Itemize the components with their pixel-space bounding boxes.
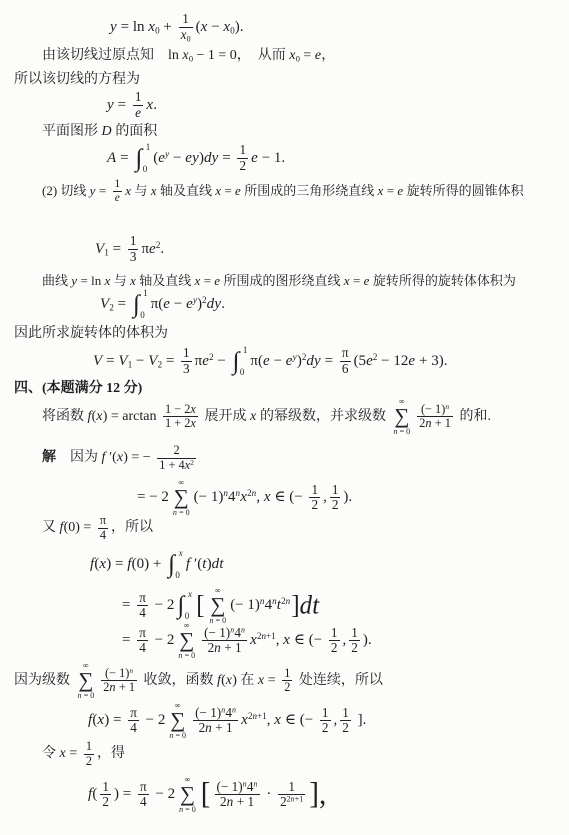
cjk-text: 将函数 f(x) = arctan [42, 409, 160, 425]
numerator: 1 [100, 780, 111, 795]
fraction: π4 [98, 514, 108, 543]
sigma-glyph: ∑ [170, 711, 185, 731]
integral-glyph: ∫ [133, 291, 140, 318]
numerator: (− 1)n [103, 667, 135, 681]
summation-symbol: ∞∑n = 0 [393, 398, 410, 436]
math-text: V = V1 − V2 = [93, 353, 178, 370]
integral-lower-limit: 0 [143, 164, 148, 174]
numerator: 1 [282, 667, 292, 681]
numerator: 1 [128, 234, 139, 249]
denominator: 4 [128, 721, 139, 736]
fraction: (− 1)n2n + 1 [101, 667, 137, 696]
numerator: 1 [181, 346, 192, 361]
fraction: 12 [84, 740, 94, 769]
math-text: = − 2 [137, 489, 169, 506]
formula-tangent-line: y = 1e x. [107, 90, 157, 121]
fraction: 12 [320, 706, 331, 737]
numerator: (− 1)n4n [215, 780, 260, 795]
sigma-glyph: ∑ [394, 407, 409, 427]
sum-lower-limit: n = 0 [179, 806, 196, 814]
denominator: 2 [237, 159, 248, 174]
fraction: (− 1)n2n + 1 [417, 403, 453, 432]
numerator: 1 − 2x [163, 403, 198, 417]
math-text: π(e − ey)2dy = [250, 353, 337, 370]
numerator: 1 [113, 178, 123, 191]
summation-symbol: ∞∑n = 0 [179, 776, 196, 814]
sigma-glyph: ∑ [174, 488, 189, 508]
cjk-text: 所以该切线的方程为 [14, 72, 140, 88]
right-bracket: ]dt [290, 591, 320, 621]
cjk-text: ，所以 [111, 520, 153, 536]
math-text: πe2. [141, 241, 164, 258]
numerator: (− 1)n [419, 403, 451, 417]
math-text: f( [88, 786, 97, 803]
integral-symbol: ∫10 [232, 349, 249, 374]
text-area-intro: 平面图形 D 的面积 [42, 124, 157, 140]
math-text: f(x) = f(0) + [90, 556, 165, 573]
denominator: 2 [340, 721, 351, 736]
math-text: − 2 [142, 712, 165, 729]
scanned-math-page: y = ln x0 + 1x0 (x − x0). 由该切线过原点知 ln x0… [0, 0, 569, 835]
math-text: A = [107, 150, 132, 167]
integral-upper-limit: 1 [143, 288, 148, 298]
math-text: ). [343, 489, 352, 506]
math-text: , [343, 632, 347, 649]
denominator: 2n + 1 [101, 681, 137, 695]
formula-total-volume: V = V1 − V2 = 13 πe2 − ∫10 π(e − ey)2dy … [93, 346, 447, 377]
summation-symbol: ∞∑n = 0 [173, 479, 190, 517]
math-text: ]. [354, 712, 367, 729]
fraction: π4 [137, 626, 148, 657]
math-text: V1 = [95, 241, 125, 258]
formula-ftc: f(x) = f(0) + ∫x0 f ′(t)dt [90, 552, 224, 577]
text-solution-derivative: 解 因为 f ′(x) = − 21 + 4x2 [42, 444, 199, 473]
math-text: y = ln x0 + [110, 19, 176, 36]
numerator: 1 [329, 626, 340, 641]
integral-symbol: ∫x0 [167, 552, 184, 577]
math-text: − 2 [151, 597, 174, 614]
cjk-text: 处连续，所以 [295, 673, 383, 689]
sum-lower-limit: n = 0 [393, 428, 410, 436]
sum-lower-limit: n = 0 [78, 692, 95, 700]
fraction: π4 [137, 591, 148, 622]
math-text: , [334, 712, 338, 729]
fraction: 12 [349, 626, 360, 657]
denominator: 3 [128, 250, 139, 265]
integral-glyph: ∫ [168, 551, 175, 578]
math-text: 因为 f ′(x) = − [56, 450, 154, 466]
cjk-text: 因为级数 [14, 673, 74, 689]
sigma-glyph: ∑ [210, 596, 225, 616]
fraction: 1e [113, 178, 123, 205]
denominator: 2 [330, 498, 341, 513]
text-part2-cone-description: (2) 切线 y = 1e x 与 x 轴及直线 x = e 所围成的三角形绕直… [42, 178, 524, 205]
integral-symbol: ∫10 [132, 292, 149, 317]
text-substitute-half: 令 x = 12 ，得 [42, 740, 125, 769]
fraction: 13 [181, 346, 192, 377]
text-total-volume-intro: 因此所求旋转体的体积为 [14, 326, 168, 342]
text-origin-condition: 由该切线过原点知 ln x0 − 1 = 0， 从而 x0 = e， [42, 48, 335, 64]
fraction: π4 [138, 780, 149, 811]
denominator: 2 [320, 721, 331, 736]
numerator: 1 [286, 780, 297, 795]
numerator: π [137, 591, 148, 606]
integral-symbol: ∫10 [134, 146, 151, 171]
math-text: ). [363, 632, 372, 649]
fraction: π4 [128, 706, 139, 737]
integral-upper-limit: 1 [146, 142, 151, 152]
math-text: (ey − ey)dy = [153, 150, 234, 167]
integral-glyph: ∫ [135, 145, 142, 172]
fraction: 1e [133, 90, 144, 121]
numerator: 1 [309, 483, 320, 498]
text-initial-value: 又 f(0) = π4 ，所以 [42, 514, 153, 543]
denominator: 4 [98, 529, 108, 543]
solution-label: 解 [42, 450, 56, 466]
cjk-text: ，得 [97, 746, 125, 762]
numerator: π [138, 780, 149, 795]
denominator: 2 [329, 641, 340, 656]
integral-upper-limit: 1 [243, 345, 248, 355]
cjk-text: 曲线 y = ln x 与 x 轴及直线 x = e 所围成的图形绕直线 x =… [42, 274, 516, 289]
formula-power-series: = π4 − 2 ∞∑n = 0 (− 1)n4n2n + 1 x2n+1, x… [122, 622, 372, 660]
formula-value-at-half: f( 12 ) = π4 − 2 ∞∑n = 0 [ (− 1)n4n2n + … [88, 776, 327, 814]
denominator: 2n + 1 [218, 795, 256, 810]
left-bracket: [ [200, 777, 212, 812]
denominator: 2 [349, 641, 360, 656]
summation-symbol: ∞∑n = 0 [178, 622, 195, 660]
math-text: (− 1)n4nt2n [230, 597, 290, 614]
summation-symbol: ∞∑n = 0 [209, 587, 226, 625]
math-text: (2) 切线 y = [42, 184, 110, 199]
math-text: π(e − ey)2dy. [151, 296, 225, 313]
numerator: 1 [330, 483, 341, 498]
math-text: (5e2 − 12e + 3). [354, 353, 448, 370]
math-text: f(x) = [88, 712, 125, 729]
formula-cone-volume-v1: V1 = 13 πe2. [95, 234, 164, 265]
denominator: 6 [340, 362, 351, 377]
math-text: V2 = [100, 296, 130, 313]
text-solid-description: 曲线 y = ln x 与 x 轴及直线 x = e 所围成的图形绕直线 x =… [42, 274, 516, 289]
fraction: 12 [309, 483, 320, 514]
fraction: (− 1)n4n2n + 1 [193, 706, 238, 737]
fraction: 12 [100, 780, 111, 811]
integral-glyph: ∫ [177, 592, 184, 619]
numerator: π [98, 514, 108, 528]
math-text: ) = [114, 786, 135, 803]
summation-symbol: ∞∑n = 0 [78, 662, 95, 700]
integral-upper-limit: x [179, 548, 183, 558]
math-text: 令 x = [42, 746, 81, 762]
math-text: − 2 [152, 786, 175, 803]
fraction: 122n+1 [278, 780, 305, 811]
heading-problem-4: 四、(本题满分 12 分) [14, 381, 142, 397]
sigma-glyph: ∑ [78, 671, 93, 691]
denominator: x0 [179, 28, 193, 43]
fraction: 12 [340, 706, 351, 737]
cjk-text: 的和. [456, 409, 491, 425]
numerator: π [137, 626, 148, 641]
cjk-text: 由该切线过原点知 ln x0 − 1 = 0， 从而 x0 = e， [42, 48, 335, 64]
numerator: (− 1)n4n [202, 626, 247, 641]
denominator: 2 [84, 755, 94, 769]
math-text: · [263, 786, 276, 803]
math-text: f ′(t)dt [186, 556, 224, 573]
sum-lower-limit: n = 0 [178, 652, 195, 660]
fraction: 12 [329, 626, 340, 657]
right-bracket: ], [308, 777, 327, 812]
denominator: 2 [309, 498, 320, 513]
fraction: 12 [237, 143, 248, 174]
fraction: 1 − 2x1 + 2x [163, 403, 198, 432]
math-text: − 2 [151, 632, 174, 649]
denominator: e [133, 106, 143, 121]
math-text: y = [107, 97, 130, 114]
denominator: 4 [138, 795, 149, 810]
denominator: 1 + 2x [163, 417, 198, 431]
cjk-text: 平面图形 D 的面积 [42, 124, 157, 140]
numerator: 1 [84, 740, 94, 754]
formula-power-series-closed-interval: f(x) = π4 − 2 ∞∑n = 0 (− 1)n4n2n + 1 x2n… [88, 702, 366, 740]
fraction: 21 + 4x2 [157, 444, 196, 473]
numerator: 1 [349, 626, 360, 641]
numerator: π [128, 706, 139, 721]
math-text: x. [146, 97, 157, 114]
math-text: , [323, 489, 327, 506]
fraction: 13 [128, 234, 139, 265]
integral-lower-limit: 0 [175, 570, 180, 580]
sigma-glyph: ∑ [179, 631, 194, 651]
left-bracket: [ [195, 591, 205, 621]
numerator: 1 [180, 12, 191, 27]
numerator: π [340, 346, 351, 361]
numerator: (− 1)n4n [193, 706, 238, 721]
fraction: 12 [330, 483, 341, 514]
cjk-text: 因此所求旋转体的体积为 [14, 326, 168, 342]
cjk-text: 展开成 x 的幂级数，并求级数 [201, 409, 389, 425]
fraction: (− 1)n4n2n + 1 [202, 626, 247, 657]
fraction: (− 1)n4n2n + 1 [215, 780, 260, 811]
formula-integral-of-series: = π4 − 2 ∫x0 [ ∞∑n = 0 (− 1)n4nt2n ]dt [122, 587, 316, 625]
denominator: e [113, 192, 122, 205]
math-text: = [122, 597, 134, 614]
denominator: 2n + 1 [197, 721, 235, 736]
text-convergence-argument: 因为级数 ∞∑n = 0 (− 1)n2n + 1 收敛，函数 f(x) 在 x… [14, 662, 383, 700]
integral-glyph: ∫ [233, 348, 240, 375]
integral-lower-limit: 0 [240, 367, 245, 377]
math-text: x2n+1, x ∈ (− [250, 632, 326, 649]
denominator: 4 [137, 641, 148, 656]
cjk-text: x 与 x 轴及直线 x = e 所围成的三角形绕直线 x = e 旋转所得的圆… [125, 184, 523, 199]
math-text: (x − x0). [196, 19, 244, 36]
cjk-text: 收敛，函数 f(x) 在 x = [140, 673, 279, 689]
formula-tangent-line-general: y = ln x0 + 1x0 (x − x0). [110, 12, 244, 43]
sum-lower-limit: n = 0 [173, 509, 190, 517]
summation-symbol: ∞∑n = 0 [169, 702, 186, 740]
cjk-text: 四、(本题满分 12 分) [14, 381, 142, 397]
fraction: π6 [340, 346, 351, 377]
denominator: 2n + 1 [206, 641, 244, 656]
numerator: 1 [133, 90, 144, 105]
denominator: 2 [100, 795, 111, 810]
sigma-glyph: ∑ [180, 785, 195, 805]
numerator: 1 [320, 706, 331, 721]
denominator: 2 [282, 681, 292, 695]
integral-lower-limit: 0 [140, 310, 145, 320]
text-problem-4-statement: 将函数 f(x) = arctan 1 − 2x1 + 2x 展开成 x 的幂级… [42, 398, 491, 436]
math-text: 又 f(0) = [42, 520, 95, 536]
denominator: 22n+1 [278, 795, 305, 810]
text-tangent-equation-intro: 所以该切线的方程为 [14, 72, 140, 88]
fraction: 12 [282, 667, 292, 696]
math-text: = [122, 632, 134, 649]
denominator: 1 + 4x2 [157, 459, 196, 473]
denominator: 2n + 1 [417, 417, 453, 431]
formula-area-integral: A = ∫10 (ey − ey)dy = 12 e − 1. [107, 143, 285, 174]
numerator: 2 [172, 444, 182, 458]
integral-symbol: ∫x0 [176, 593, 193, 618]
formula-solid-volume-v2: V2 = ∫10 π(e − ey)2dy. [100, 292, 225, 317]
numerator: 1 [237, 143, 248, 158]
math-text: πe2 − [195, 353, 230, 370]
math-text: (− 1)n4nx2n, x ∈ (− [194, 489, 307, 506]
integral-upper-limit: x [188, 589, 192, 599]
math-text: x2n+1, x ∈ (− [241, 712, 317, 729]
numerator: 1 [340, 706, 351, 721]
fraction: 1x0 [179, 12, 193, 43]
denominator: 4 [137, 606, 148, 621]
denominator: 3 [181, 362, 192, 377]
formula-derivative-series: = − 2 ∞∑n = 0 (− 1)n4nx2n, x ∈ (− 12 , 1… [137, 479, 352, 517]
sum-lower-limit: n = 0 [169, 732, 186, 740]
math-text: e − 1. [251, 150, 285, 167]
